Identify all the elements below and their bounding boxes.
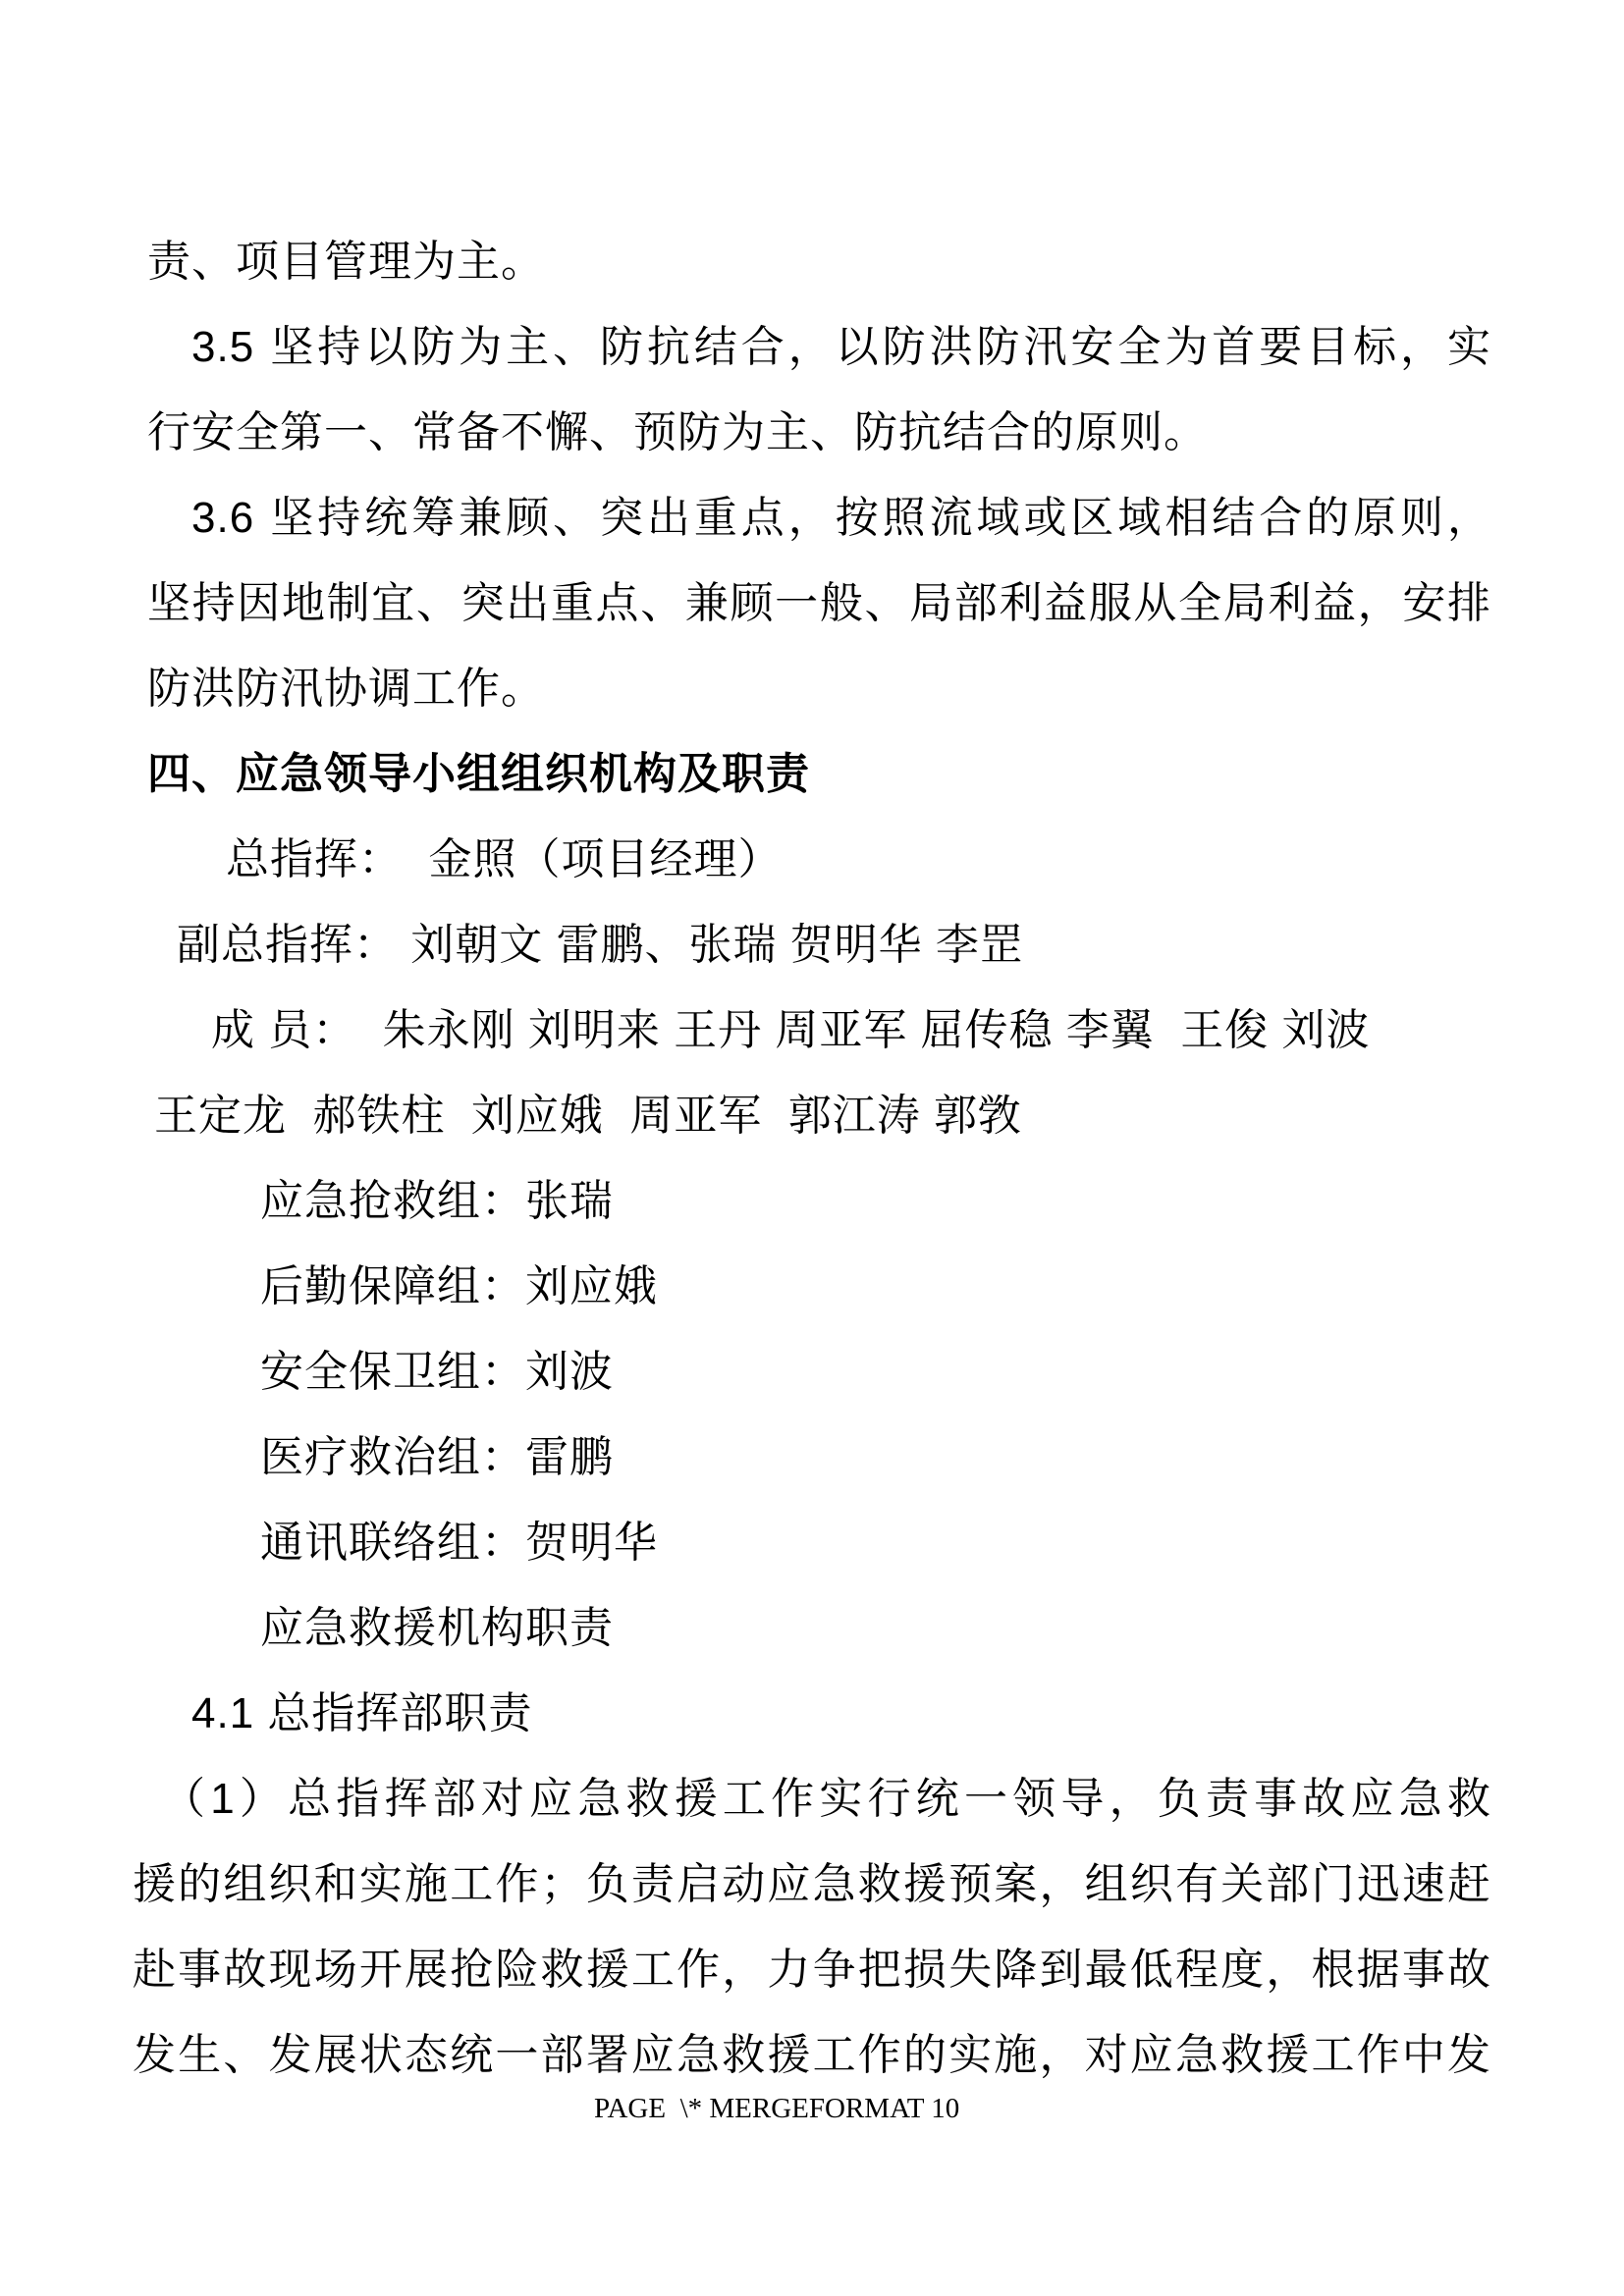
page-number-field: PAGE \* MERGEFORMAT 10 — [133, 2089, 1491, 2128]
section-heading-4: 四、应急领导小组组织机构及职责 — [133, 731, 1491, 817]
line-chief-commander: 总指挥： 金照（项目经理） — [133, 817, 1491, 902]
para-3-5-line-2: 行安全第一、常备不懈、预防为主、防抗结合的原则。 — [133, 390, 1491, 475]
line-deputy-commanders: 副总指挥： 刘朝文 雷鹏、张瑞 贺明华 李罡 — [133, 902, 1491, 988]
document-page: 责、项目管理为主。 3.5 坚持以防为主、防抗结合，以防洪防汛安全为首要目标，实… — [0, 0, 1624, 2296]
para-1-line-1: （1）总指挥部对应急救援工作实行统一领导，负责事故应急救 — [133, 1756, 1491, 1842]
line-members: 成 员： 朱永刚 刘明来 王丹 周亚军 屈传稳 李翼 王俊 刘波 — [133, 988, 1491, 1073]
para-1-line-2: 援的组织和实施工作；负责启动应急救援预案，组织有关部门迅速赶 — [133, 1842, 1491, 1927]
line-org-duties-title: 应急救援机构职责 — [133, 1585, 1491, 1671]
para-1-line-4: 发生、发展状态统一部署应急救援工作的实施，对应急救援工作中发 — [133, 2012, 1491, 2098]
para-3-6-line-3: 防洪防汛协调工作。 — [133, 646, 1491, 731]
line-medical-team: 医疗救治组：雷鹏 — [133, 1415, 1491, 1500]
para-3-5-line-1: 3.5 坚持以防为主、防抗结合，以防洪防汛安全为首要目标，实 — [133, 304, 1491, 390]
line-emergency-rescue-team: 应急抢救组：张瑞 — [133, 1158, 1491, 1244]
line-members-continued: 王定龙 郝铁柱 刘应娥 周亚军 郭江涛 郭敩 — [133, 1073, 1491, 1158]
line-security-team: 安全保卫组：刘波 — [133, 1329, 1491, 1415]
para-3-6-line-2: 坚持因地制宜、突出重点、兼顾一般、局部利益服从全局利益，安排 — [133, 561, 1491, 646]
para-3-6-line-1: 3.6 坚持统筹兼顾、突出重点，按照流域或区域相结合的原则， — [133, 475, 1491, 561]
line-4-1-title: 4.1 总指挥部职责 — [133, 1671, 1491, 1756]
line-logistics-team: 后勤保障组：刘应娥 — [133, 1244, 1491, 1329]
line-communication-team: 通讯联络组：贺明华 — [133, 1500, 1491, 1585]
para-continuation-duties: 责、项目管理为主。 — [133, 219, 1491, 304]
para-1-line-3: 赴事故现场开展抢险救援工作，力争把损失降到最低程度，根据事故 — [133, 1927, 1491, 2012]
